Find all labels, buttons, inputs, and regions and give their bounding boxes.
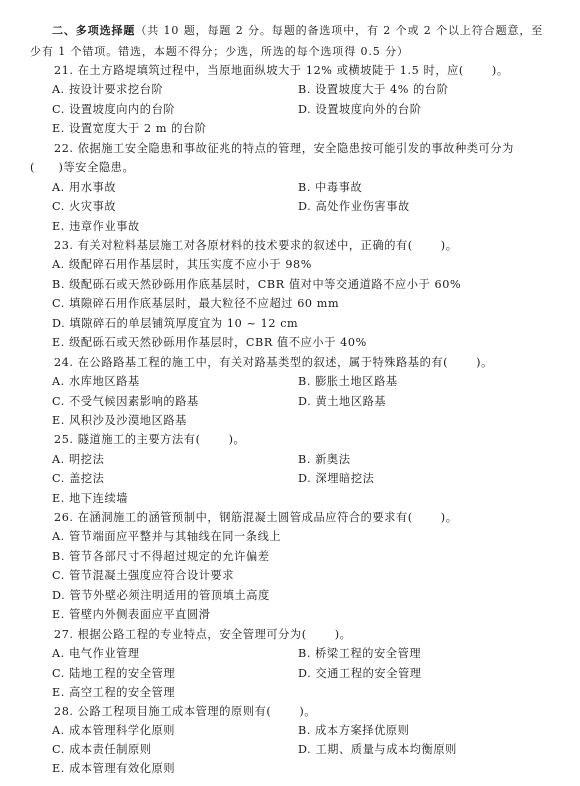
question-number: 24. [54, 356, 74, 369]
stem-end: )。 [441, 511, 458, 524]
option-a: A. 按设计要求挖台阶 [52, 83, 163, 97]
question-stem: 在公路路基工程的施工中，有关对路基类型的叙述，属于特殊路基的有( [78, 356, 448, 369]
option-c: C. 陆地工程的安全管理 [52, 667, 175, 681]
question-number: 28. [54, 705, 74, 718]
option-e: E. 高空工程的安全管理 [52, 686, 175, 700]
option-b: B. 成本方案择优原则 [298, 724, 409, 738]
question-number: 22. [54, 142, 74, 155]
question-number: 23. [54, 239, 74, 252]
question-26: 26. 在涵洞施工的涵管预制中，钢筋混凝土圆管成品应符合的要求有()。 [54, 511, 458, 525]
question-22: 22. 依据施工安全隐患和事故征兆的特点的管理，安全隐患按可能引发的事故种类可分… [54, 142, 514, 156]
option-e: E. 违章作业事故 [52, 220, 140, 234]
option-d: D. 交通工程的安全管理 [298, 667, 422, 681]
question-stem: 依据施工安全隐患和事故征兆的特点的管理，安全隐患按可能引发的事故种类可分为 [78, 142, 514, 155]
question-28: 28. 公路工程项目施工成本管理的原则有()。 [54, 705, 316, 719]
option-e: E. 管壁内外侧表面应平直圆滑 [52, 608, 211, 622]
stem-end: )。 [229, 433, 246, 446]
option-c: C. 管节混凝土强度应符合设计要求 [52, 569, 234, 583]
question-stem: 隧道施工的主要方法有( [78, 433, 201, 446]
option-b: B. 桥梁工程的安全管理 [298, 647, 421, 661]
question-stem: 公路工程项目施工成本管理的原则有( [78, 705, 272, 718]
question-23: 23. 有关对粒料基层施工对各原材料的技术要求的叙述中，正确的有()。 [54, 239, 458, 253]
option-a: A. 电气作业管理 [52, 647, 140, 661]
option-e: E. 成本管理有效化原则 [52, 762, 175, 776]
question-stem-cont: ( )等安全隐患。 [30, 161, 134, 175]
option-d: D. 工期、质量与成本均衡原则 [298, 743, 457, 757]
question-24: 24. 在公路路基工程的施工中，有关对路基类型的叙述，属于特殊路基的有()。 [54, 356, 493, 370]
option-a: A. 明挖法 [52, 453, 104, 467]
section-title: 二、多项选择题 [52, 24, 135, 37]
option-a: A. 级配碎石用作基层时，其压实度不应小于 98% [52, 258, 312, 272]
section-description: （共 10 题，每题 2 分。每题的备选项中，有 2 个或 2 个以上符合题意，… [135, 24, 543, 37]
option-e: E. 设置宽度大于 2 m 的台阶 [52, 122, 207, 136]
option-d: D. 高处作业伤害事故 [298, 200, 410, 214]
section-heading: 二、多项选择题（共 10 题，每题 2 分。每题的备选项中，有 2 个或 2 个… [52, 24, 543, 38]
option-b: B. 级配砾石或天然砂砾用作底基层时，CBR 值对中等交通道路不应小于 60% [52, 278, 461, 292]
option-a: A. 水库地区路基 [52, 375, 140, 389]
option-c: C. 成本责任制原则 [52, 743, 152, 757]
option-b: B. 新奥法 [298, 453, 351, 467]
option-a: A. 成本管理科学化原则 [52, 724, 175, 738]
option-b: B. 膨胀土地区路基 [298, 375, 398, 389]
stem-end: )。 [476, 356, 493, 369]
question-number: 21. [54, 64, 74, 77]
stem-end: )。 [441, 239, 458, 252]
option-c: C. 填隙碎石用作底基层时，最大粒径不应超过 60 mm [52, 297, 339, 311]
option-c: C. 不受气候因素影响的路基 [52, 395, 199, 409]
question-27: 27. 根据公路工程的专业特点，安全管理可分为()。 [54, 628, 351, 642]
option-d: D. 深埋暗挖法 [298, 472, 374, 486]
question-25: 25. 隧道施工的主要方法有()。 [54, 433, 245, 447]
section-description-cont: 少有 1 个错项。错选，本题不得分；少选，所选的每个选项得 0.5 分） [30, 45, 409, 59]
option-d: D. 设置坡度向外的台阶 [298, 103, 422, 117]
question-number: 26. [54, 511, 74, 524]
stem-end: )。 [335, 628, 352, 641]
question-stem: 有关对粒料基层施工对各原材料的技术要求的叙述中，正确的有( [78, 239, 413, 252]
question-stem: 根据公路工程的专业特点，安全管理可分为( [78, 628, 307, 641]
option-a: A. 用水事故 [52, 181, 116, 195]
question-stem: 在土方路堤填筑过程中，当原地面纵坡大于 12% 或横坡陡于 1.5 时，应( [78, 64, 464, 77]
question-number: 27. [54, 628, 74, 641]
stem-end: )。 [299, 705, 316, 718]
option-d: D. 管节外壁必须注明适用的管顶填土高度 [52, 589, 270, 603]
option-a: A. 管节端面应平整并与其轴线在同一条线上 [52, 530, 281, 544]
option-b: B. 设置坡度大于 4% 的台阶 [298, 83, 448, 97]
option-b: B. 中毒事故 [298, 181, 362, 195]
question-21: 21. 在土方路堤填筑过程中，当原地面纵坡大于 12% 或横坡陡于 1.5 时，… [54, 64, 509, 78]
option-e: E. 地下连续墙 [52, 492, 128, 506]
option-b: B. 管节各部尺寸不得超过规定的允许偏差 [52, 550, 270, 564]
option-c: C. 设置坡度向内的台阶 [52, 103, 175, 117]
option-c: C. 盖挖法 [52, 472, 104, 486]
option-e: E. 级配砾石或天然砂砾用作基层时，CBR 值不应小于 40% [52, 336, 367, 350]
option-e: E. 风积沙及沙漠地区路基 [52, 414, 187, 428]
question-number: 25. [54, 433, 74, 446]
stem-end: )。 [492, 64, 509, 77]
option-c: C. 火灾事故 [52, 200, 116, 214]
option-d: D. 填隙碎石的单层铺筑厚度宜为 10 ~ 12 cm [52, 317, 298, 331]
question-stem: 在涵洞施工的涵管预制中，钢筋混凝土圆管成品应符合的要求有( [78, 511, 413, 524]
option-d: D. 黄土地区路基 [298, 395, 386, 409]
exam-page: 二、多项选择题（共 10 题，每题 2 分。每题的备选项中，有 2 个或 2 个… [0, 0, 580, 786]
